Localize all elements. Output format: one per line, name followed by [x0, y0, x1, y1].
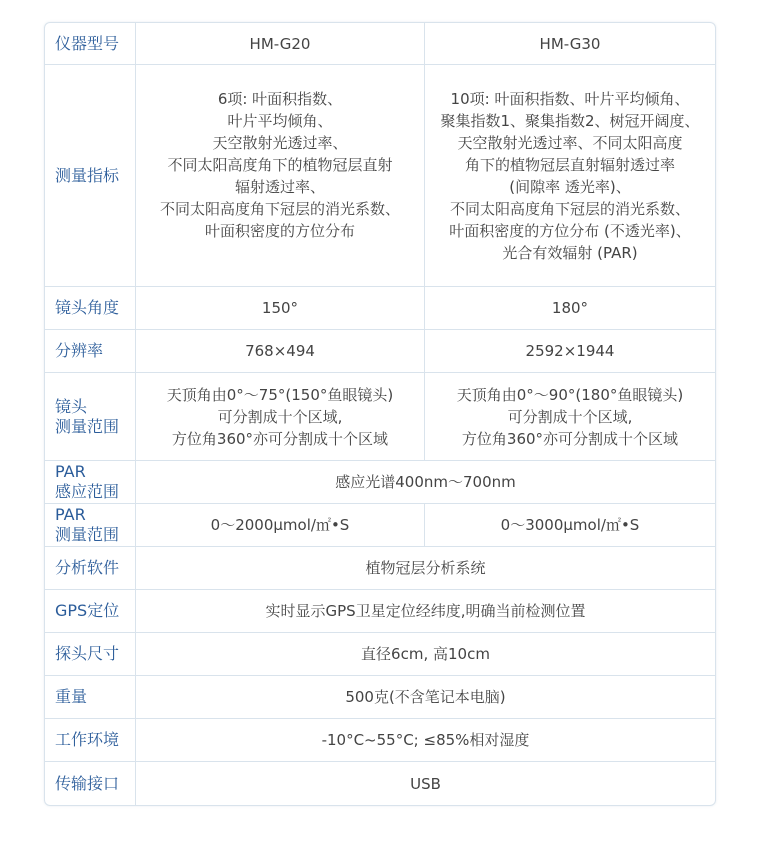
indicators-hm-g20: 6项: 叶面积指数、 叶片平均倾角、 天空散射光透过率、 不同太阳高度角下的植物… [136, 65, 425, 287]
row-par-sensing-range: PAR 感应范围 感应光谱400nm～700nm [45, 461, 715, 504]
row-lens-range: 镜头 测量范围 天顶角由0°～75°(150°鱼眼镜头) 可分割成十个区域, 方… [45, 373, 715, 461]
value-line: 10项: 叶面积指数、叶片平均倾角、 [429, 88, 711, 110]
value-line: (间隙率 透光率)、 [429, 176, 711, 198]
value-line: 叶面积密度的方位分布 (不透光率)、 [429, 220, 711, 242]
interface-value: USB [136, 762, 715, 805]
label-line: PAR [55, 505, 131, 525]
value-line: 角下的植物冠层直射辐射透过率 [429, 154, 711, 176]
row-model: 仪器型号 HM-G20 HM-G30 [45, 23, 715, 65]
resolution-hm-g30: 2592×1944 [425, 330, 715, 373]
row-label-lens-range: 镜头 测量范围 [45, 373, 136, 461]
row-par-measurement-range: PAR 测量范围 0～2000μmol/㎡•S 0～3000μmol/㎡•S [45, 504, 715, 547]
label-line: 镜头 [55, 397, 131, 417]
row-weight: 重量 500克(不含笔记本电脑) [45, 676, 715, 719]
value-line: 天顶角由0°～75°(150°鱼眼镜头) [140, 384, 420, 406]
par-sensing-value: 感应光谱400nm～700nm [136, 461, 715, 504]
probe-size-value: 直径6cm, 高10cm [136, 633, 715, 676]
row-analysis-software: 分析软件 植物冠层分析系统 [45, 547, 715, 590]
row-lens-angle: 镜头角度 150° 180° [45, 287, 715, 330]
software-value: 植物冠层分析系统 [136, 547, 715, 590]
row-operating-environment: 工作环境 -10°C~55°C; ≤85%相对湿度 [45, 719, 715, 762]
weight-value: 500克(不含笔记本电脑) [136, 676, 715, 719]
value-line: 叶片平均倾角、 [140, 110, 420, 132]
value-line: 天空散射光透过率、 [140, 132, 420, 154]
label-line: 测量范围 [55, 417, 131, 437]
lens-range-hm-g30: 天顶角由0°～90°(180°鱼眼镜头) 可分割成十个区域, 方位角360°亦可… [425, 373, 715, 461]
indicators-hm-g30: 10项: 叶面积指数、叶片平均倾角、 聚集指数1、聚集指数2、树冠开阔度、 天空… [425, 65, 715, 287]
row-measurement-indicators: 测量指标 6项: 叶面积指数、 叶片平均倾角、 天空散射光透过率、 不同太阳高度… [45, 65, 715, 287]
resolution-hm-g20: 768×494 [136, 330, 425, 373]
model-hm-g20: HM-G20 [136, 23, 425, 65]
value-line: 不同太阳高度角下的植物冠层直射 [140, 154, 420, 176]
label-line: PAR [55, 462, 131, 482]
value-line: 叶面积密度的方位分布 [140, 220, 420, 242]
value-line: 天空散射光透过率、不同太阳高度 [429, 132, 711, 154]
spacer [140, 242, 420, 264]
value-line: 可分割成十个区域, [429, 406, 711, 428]
value-line: 辐射透过率、 [140, 176, 420, 198]
value-line: 可分割成十个区域, [140, 406, 420, 428]
value-line: 6项: 叶面积指数、 [140, 88, 420, 110]
value-line: 不同太阳高度角下冠层的消光系数、 [429, 198, 711, 220]
row-interface: 传输接口 USB [45, 762, 715, 805]
row-label-indicators: 测量指标 [45, 65, 136, 287]
value-line: 方位角360°亦可分割成十个区域 [140, 428, 420, 450]
model-hm-g30: HM-G30 [425, 23, 715, 65]
label-line: 感应范围 [55, 482, 131, 502]
row-label-gps: GPS定位 [45, 590, 136, 633]
label-line: 测量范围 [55, 525, 131, 545]
gps-value: 实时显示GPS卫星定位经纬度,明确当前检测位置 [136, 590, 715, 633]
row-probe-size: 探头尺寸 直径6cm, 高10cm [45, 633, 715, 676]
row-label-weight: 重量 [45, 676, 136, 719]
spec-comparison-table: 仪器型号 HM-G20 HM-G30 测量指标 6项: 叶面积指数、 叶片平均倾… [44, 22, 716, 806]
lens-angle-hm-g20: 150° [136, 287, 425, 330]
row-label-resolution: 分辨率 [45, 330, 136, 373]
value-line: 方位角360°亦可分割成十个区域 [429, 428, 711, 450]
par-range-hm-g30: 0～3000μmol/㎡•S [425, 504, 715, 547]
row-label-environment: 工作环境 [45, 719, 136, 762]
value-line: 天顶角由0°～90°(180°鱼眼镜头) [429, 384, 711, 406]
row-resolution: 分辨率 768×494 2592×1944 [45, 330, 715, 373]
row-label-par-sensing: PAR 感应范围 [45, 461, 136, 504]
row-label-lens-angle: 镜头角度 [45, 287, 136, 330]
par-range-hm-g20: 0～2000μmol/㎡•S [136, 504, 425, 547]
row-label-model: 仪器型号 [45, 23, 136, 65]
row-label-par-measurement: PAR 测量范围 [45, 504, 136, 547]
label-line: 测量指标 [55, 166, 131, 186]
row-label-software: 分析软件 [45, 547, 136, 590]
value-line: 光合有效辐射 (PAR) [429, 242, 711, 264]
value-line: 不同太阳高度角下冠层的消光系数、 [140, 198, 420, 220]
row-label-interface: 传输接口 [45, 762, 136, 805]
row-label-probe-size: 探头尺寸 [45, 633, 136, 676]
row-gps: GPS定位 实时显示GPS卫星定位经纬度,明确当前检测位置 [45, 590, 715, 633]
environment-value: -10°C~55°C; ≤85%相对湿度 [136, 719, 715, 762]
lens-angle-hm-g30: 180° [425, 287, 715, 330]
value-line: 聚集指数1、聚集指数2、树冠开阔度、 [429, 110, 711, 132]
lens-range-hm-g20: 天顶角由0°～75°(150°鱼眼镜头) 可分割成十个区域, 方位角360°亦可… [136, 373, 425, 461]
